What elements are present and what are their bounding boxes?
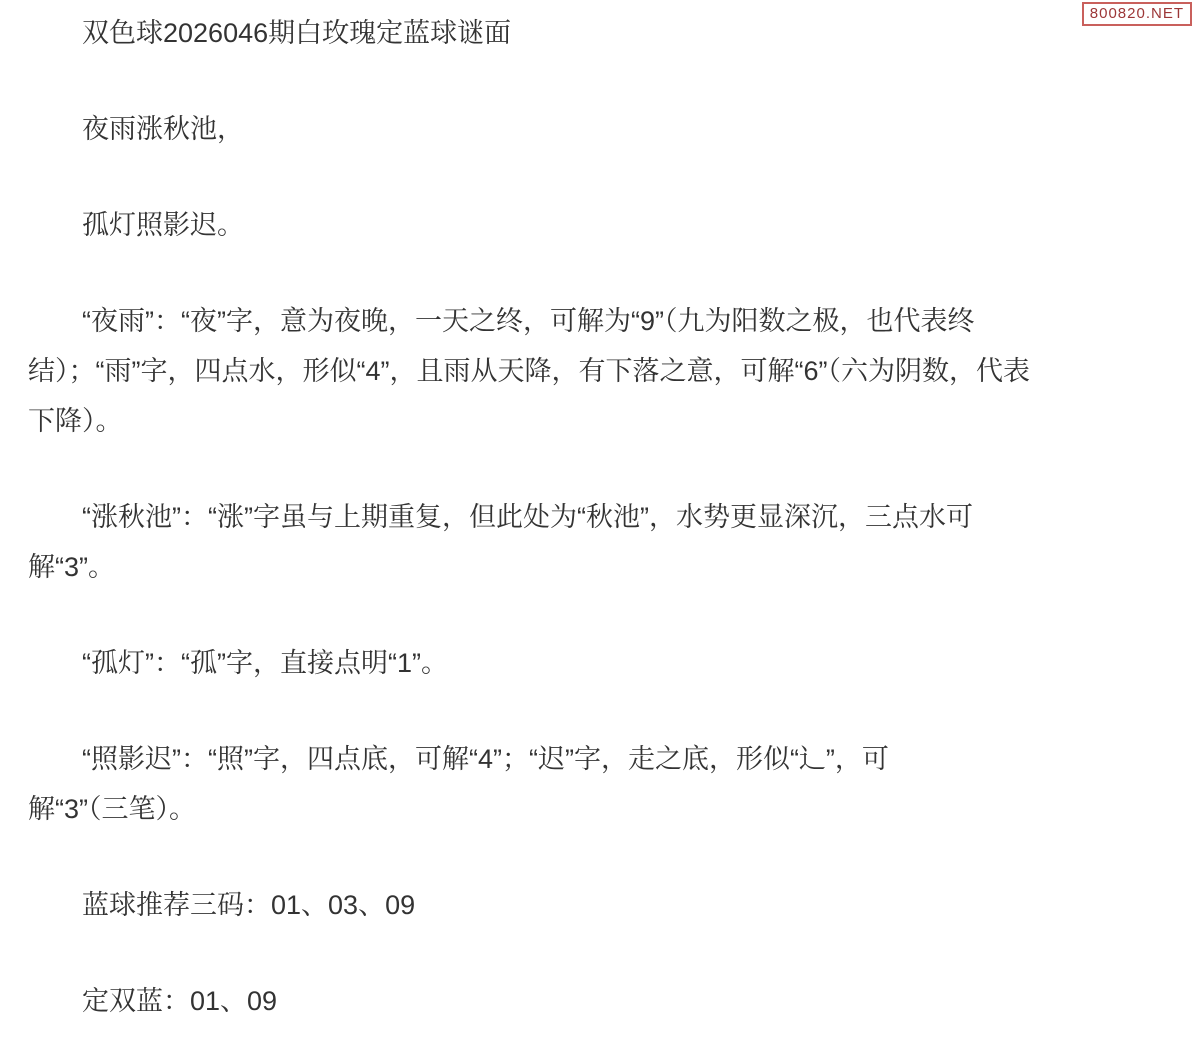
blue-ball-three-codes: 蓝球推荐三码：01、03、09 — [28, 880, 1170, 930]
text-line: “孤灯”：“孤”字，直接点明“1”。 — [28, 638, 1170, 688]
analysis-autumn-pool: “涨秋池”：“涨”字虽与上期重复，但此处为“秋池”，水势更显深沉，三点水可 解“… — [28, 492, 1170, 592]
text-line: 解“3”。 — [28, 542, 1170, 592]
text-line: “照影迟”：“照”字，四点底，可解“4”；“迟”字，走之底，形似“辶”，可 — [28, 734, 1170, 784]
text-line: “夜雨”：“夜”字，意为夜晚，一天之终，可解为“9”（九为阳数之极，也代表终 — [28, 296, 1170, 346]
page-title: 双色球2026046期白玫瑰定蓝球谜面 — [28, 8, 1170, 58]
article-page: 800820.NET 双色球2026046期白玫瑰定蓝球谜面 夜雨涨秋池， 孤灯… — [0, 0, 1195, 1037]
text-line: 孤灯照影迟。 — [28, 200, 1170, 250]
text-line: “涨秋池”：“涨”字虽与上期重复，但此处为“秋池”，水势更显深沉，三点水可 — [28, 492, 1170, 542]
article-title-paragraph: 双色球2026046期白玫瑰定蓝球谜面 — [28, 8, 1170, 58]
article-body: 双色球2026046期白玫瑰定蓝球谜面 夜雨涨秋池， 孤灯照影迟。 “夜雨”：“… — [0, 0, 1195, 1026]
analysis-shadow-late: “照影迟”：“照”字，四点底，可解“4”；“迟”字，走之底，形似“辶”，可 解“… — [28, 734, 1170, 834]
analysis-lone-lamp: “孤灯”：“孤”字，直接点明“1”。 — [28, 638, 1170, 688]
riddle-verse-line-1: 夜雨涨秋池， — [28, 104, 1170, 154]
text-line: 结）；“雨”字，四点水，形似“4”，且雨从天降，有下落之意，可解“6”（六为阴数… — [28, 346, 1170, 396]
text-line: 蓝球推荐三码：01、03、09 — [28, 880, 1170, 930]
text-line: 下降）。 — [28, 396, 1170, 446]
blue-ball-two-codes: 定双蓝：01、09 — [28, 976, 1170, 1026]
riddle-verse-line-2: 孤灯照影迟。 — [28, 200, 1170, 250]
text-line: 夜雨涨秋池， — [28, 104, 1170, 154]
text-line: 定双蓝：01、09 — [28, 976, 1170, 1026]
text-line: 解“3”（三笔）。 — [28, 784, 1170, 834]
analysis-night-rain: “夜雨”：“夜”字，意为夜晚，一天之终，可解为“9”（九为阳数之极，也代表终 结… — [28, 296, 1170, 446]
watermark-badge: 800820.NET — [1082, 2, 1192, 26]
